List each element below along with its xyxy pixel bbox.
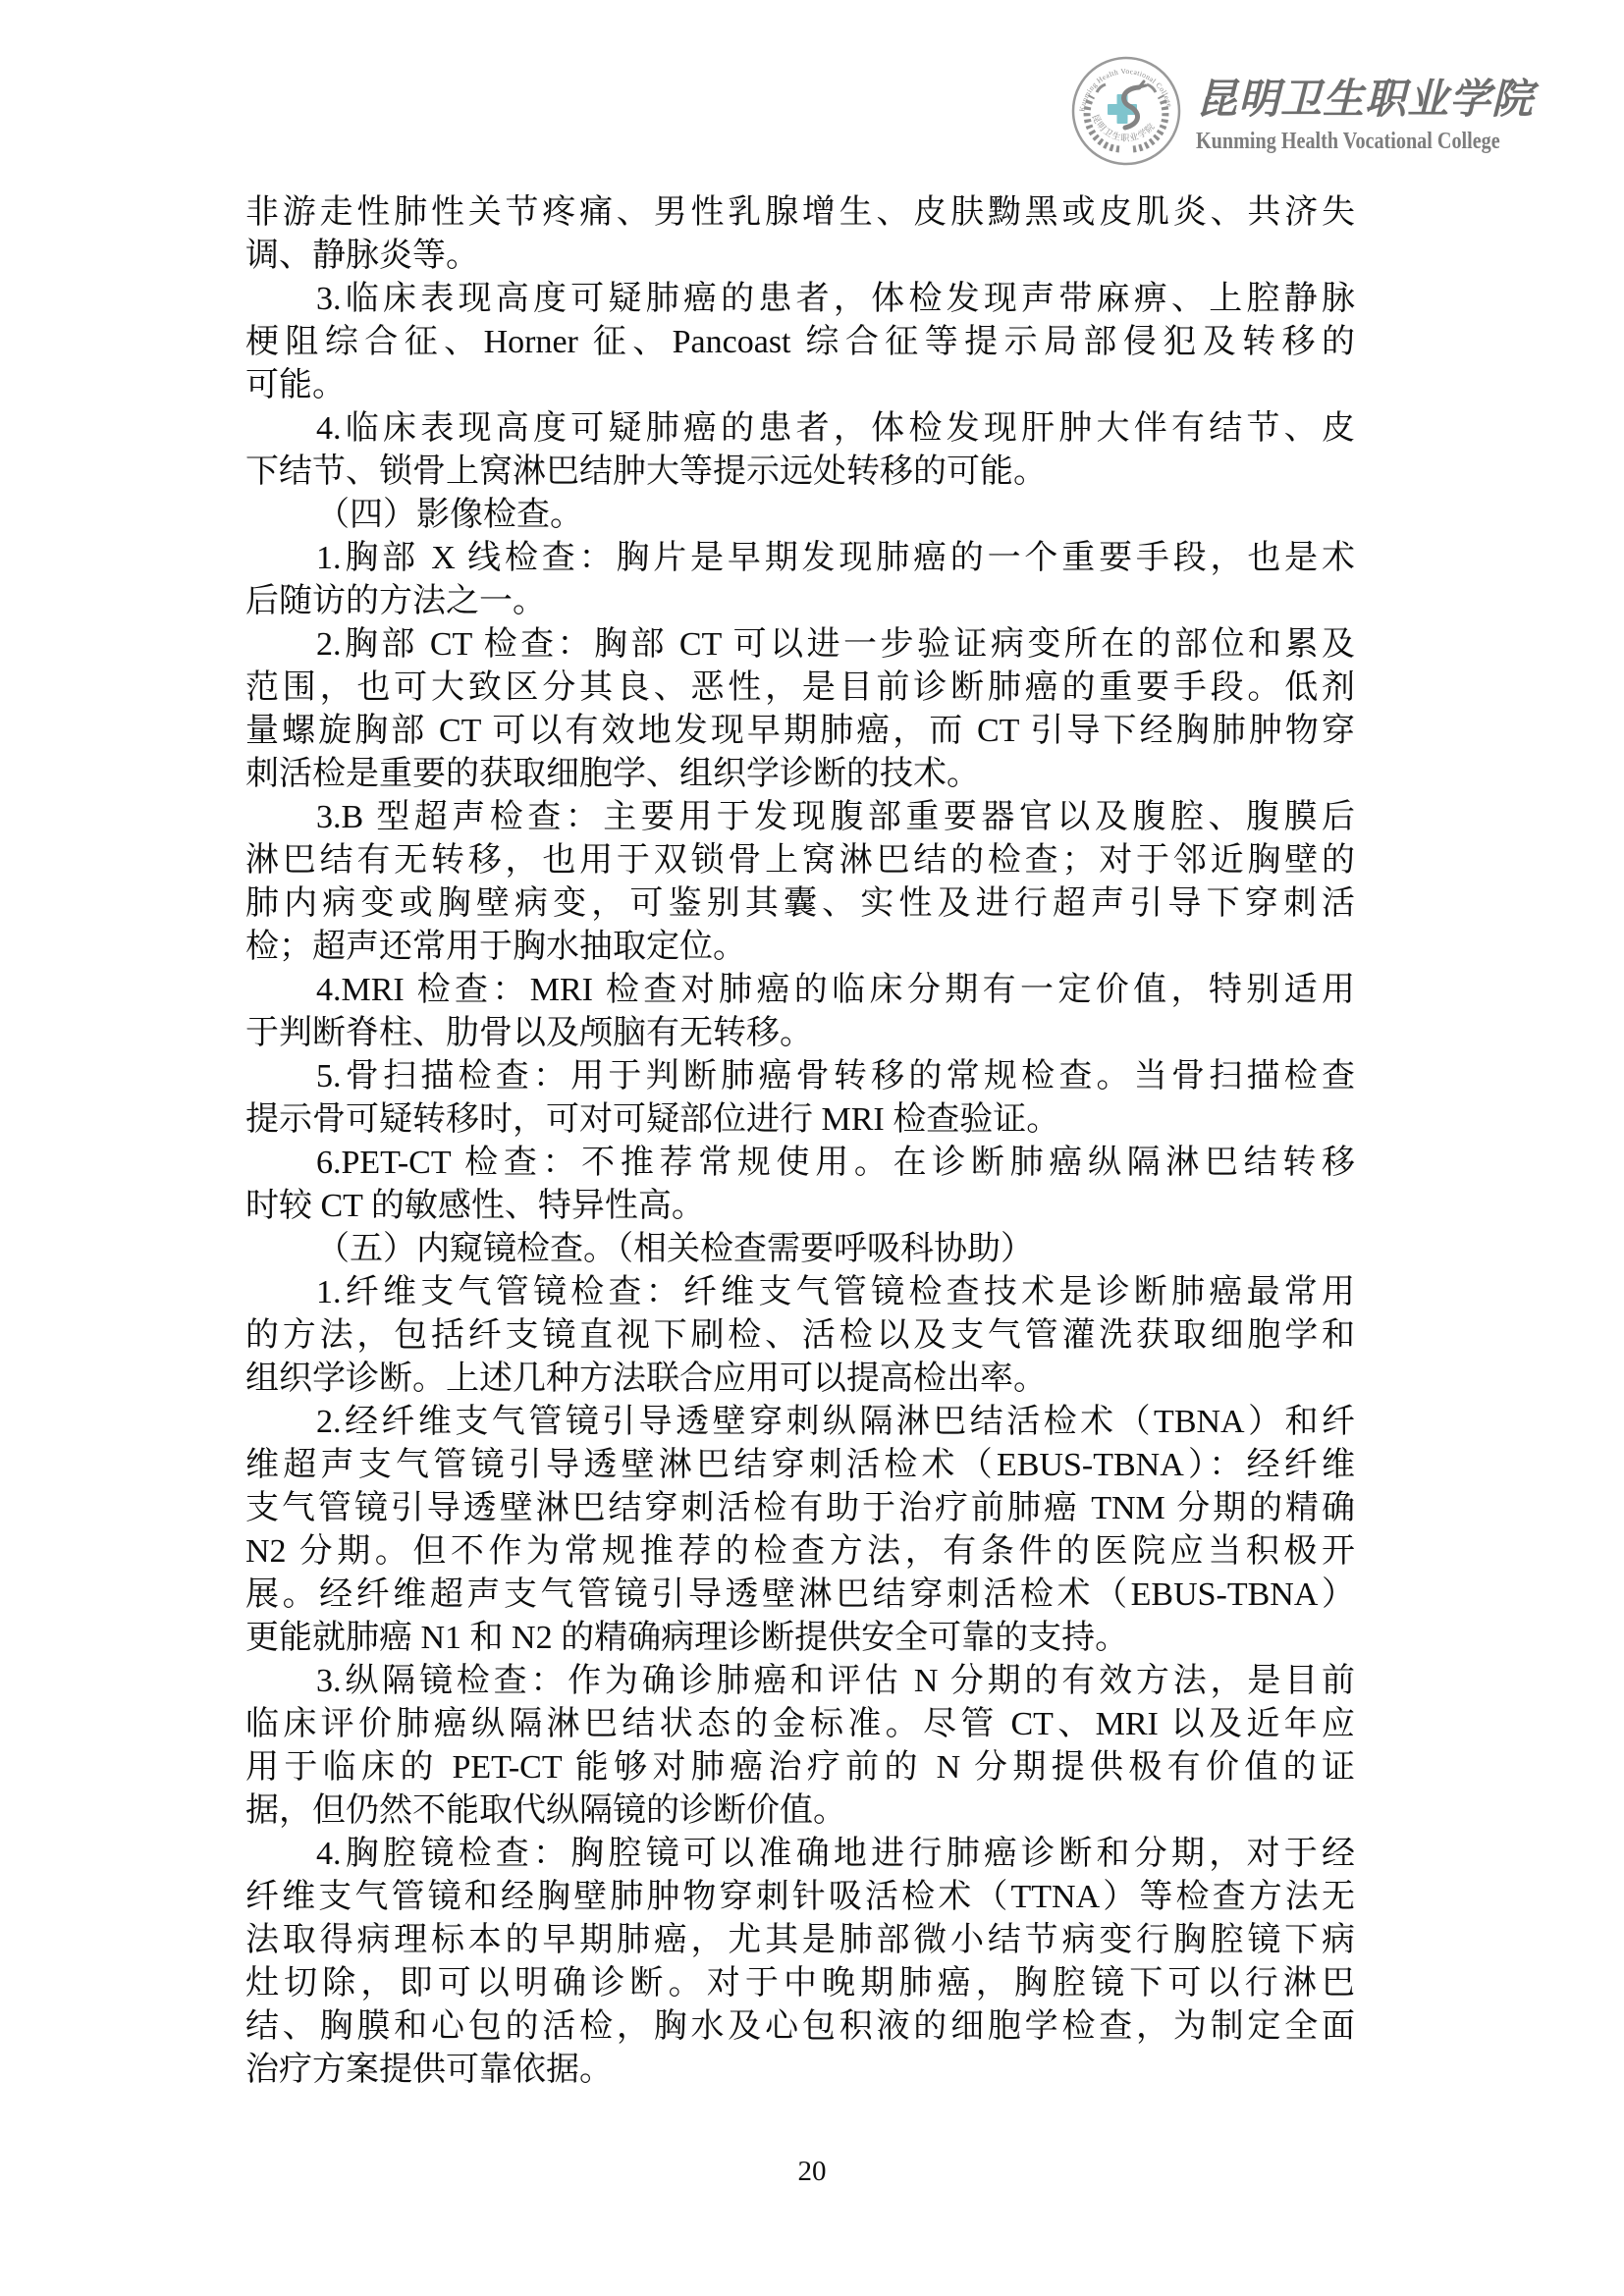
text-line: 临床评价肺癌纵隔淋巴结状态的金标准。尽管 CT、MRI 以及近年应 <box>245 1703 1355 1746</box>
text-line: 4.MRI 检查：MRI 检查对肺癌的临床分期有一定价值，特别适用 <box>245 969 1355 1012</box>
text-line: 1.纤维支气管镜检查：纤维支气管镜检查技术是诊断肺癌最常用 <box>245 1271 1355 1314</box>
text-line: 4.胸腔镜检查：胸腔镜可以准确地进行肺癌诊断和分期，对于经 <box>245 1833 1355 1876</box>
page-header: Kunming Health Vocational College 昆明卫生职业… <box>1070 51 1581 174</box>
text-line: 的方法，包括纤支镜直视下刷检、活检以及支气管灌洗获取细胞学和 <box>245 1314 1355 1358</box>
page-number: 20 <box>0 2156 1624 2188</box>
text-line: 灶切除，即可以明确诊断。对于中晚期肺癌，胸腔镜下可以行淋巴 <box>245 1962 1355 2005</box>
text-line: 后随访的方法之一。 <box>245 580 1355 623</box>
text-line: 下结节、锁骨上窝淋巴结肿大等提示远处转移的可能。 <box>245 451 1355 494</box>
text-line: 可能。 <box>245 364 1355 407</box>
text-line: 梗阻综合征、Horner 征、Pancoast 综合征等提示局部侵犯及转移的 <box>245 321 1355 364</box>
college-brand: 昆明卫生职业学院 Kunming Health Vocational Colle… <box>1196 75 1579 155</box>
text-line: 支气管镜引导透壁淋巴结穿刺活检有助于治疗前肺癌 TNM 分期的精确 <box>245 1487 1355 1530</box>
text-line: 组织学诊断。上述几种方法联合应用可以提高检出率。 <box>245 1358 1355 1401</box>
text-line: 3.临床表现高度可疑肺癌的患者，体检发现声带麻痹、上腔静脉 <box>245 278 1355 321</box>
text-line: 2.胸部 CT 检查：胸部 CT 可以进一步验证病变所在的部位和累及 <box>245 623 1355 667</box>
text-line: 用于临床的 PET-CT 能够对肺癌治疗前的 N 分期提供极有价值的证 <box>245 1746 1355 1789</box>
text-line: 量螺旋胸部 CT 可以有效地发现早期肺癌，而 CT 引导下经胸肺肿物穿 <box>245 710 1355 753</box>
text-line: 提示骨可疑转移时，可对可疑部位进行 MRI 检查验证。 <box>245 1098 1355 1142</box>
text-line: 2.经纤维支气管镜引导透壁穿刺纵隔淋巴结活检术（TBNA）和纤 <box>245 1401 1355 1444</box>
text-line: 展。经纤维超声支气管镜引导透壁淋巴结穿刺活检术（EBUS-TBNA） <box>245 1574 1355 1617</box>
text-line: N2 分期。但不作为常规推荐的检查方法，有条件的医院应当积极开 <box>245 1530 1355 1574</box>
text-line: （五）内窥镜检查。（相关检查需要呼吸科协助） <box>245 1228 1355 1271</box>
text-line: 于判断脊柱、肋骨以及颅脑有无转移。 <box>245 1012 1355 1055</box>
text-line: 结、胸膜和心包的活检，胸水及心包积液的细胞学检查，为制定全面 <box>245 2005 1355 2049</box>
text-line: 3.纵隔镜检查：作为确诊肺癌和评估 N 分期的有效方法，是目前 <box>245 1660 1355 1703</box>
text-line: 范围，也可大致区分其良、恶性，是目前诊断肺癌的重要手段。低剂 <box>245 667 1355 710</box>
text-line: 时较 CT 的敏感性、特异性高。 <box>245 1185 1355 1228</box>
text-line: 刺活检是重要的获取细胞学、组织学诊断的技术。 <box>245 753 1355 796</box>
text-line: 肺内病变或胸壁病变，可鉴别其囊、实性及进行超声引导下穿刺活 <box>245 882 1355 926</box>
text-line: 更能就肺癌 N1 和 N2 的精确病理诊断提供安全可靠的支持。 <box>245 1617 1355 1660</box>
text-line: 1.胸部 X 线检查：胸片是早期发现肺癌的一个重要手段，也是术 <box>245 537 1355 580</box>
text-line: 法取得病理标本的早期肺癌，尤其是肺部微小结节病变行胸腔镜下病 <box>245 1919 1355 1962</box>
text-line: 检；超声还常用于胸水抽取定位。 <box>245 926 1355 969</box>
text-line: 维超声支气管镜引导透壁淋巴结穿刺活检术（EBUS-TBNA）：经纤维 <box>245 1444 1355 1487</box>
college-logo-icon: Kunming Health Vocational College 昆明卫生职业… <box>1070 55 1182 167</box>
text-line: 4.临床表现高度可疑肺癌的患者，体检发现肝肿大伴有结节、皮 <box>245 407 1355 451</box>
text-line: （四）影像检查。 <box>245 494 1355 537</box>
text-line: 6.PET-CT 检查：不推荐常规使用。在诊断肺癌纵隔淋巴结转移 <box>245 1142 1355 1185</box>
college-name-zh: 昆明卫生职业学院 <box>1196 75 1579 126</box>
document-page: Kunming Health Vocational College 昆明卫生职业… <box>0 0 1624 2296</box>
text-line: 调、静脉炎等。 <box>245 235 1355 278</box>
document-body: 非游走性肺性关节疼痛、男性乳腺增生、皮肤黝黑或皮肌炎、共济失调、静脉炎等。3.临… <box>245 191 1355 2092</box>
text-line: 淋巴结有无转移，也用于双锁骨上窝淋巴结的检查；对于邻近胸壁的 <box>245 839 1355 882</box>
text-line: 5.骨扫描检查：用于判断肺癌骨转移的常规检查。当骨扫描检查 <box>245 1055 1355 1098</box>
text-line: 纤维支气管镜和经胸壁肺肿物穿刺针吸活检术（TTNA）等检查方法无 <box>245 1876 1355 1919</box>
text-line: 治疗方案提供可靠依据。 <box>245 2049 1355 2092</box>
text-line: 3.B 型超声检查：主要用于发现腹部重要器官以及腹腔、腹膜后 <box>245 796 1355 839</box>
text-line: 据，但仍然不能取代纵隔镜的诊断价值。 <box>245 1789 1355 1833</box>
text-line: 非游走性肺性关节疼痛、男性乳腺增生、皮肤黝黑或皮肌炎、共济失 <box>245 191 1355 235</box>
college-name-en: Kunming Health Vocational College <box>1196 128 1518 155</box>
